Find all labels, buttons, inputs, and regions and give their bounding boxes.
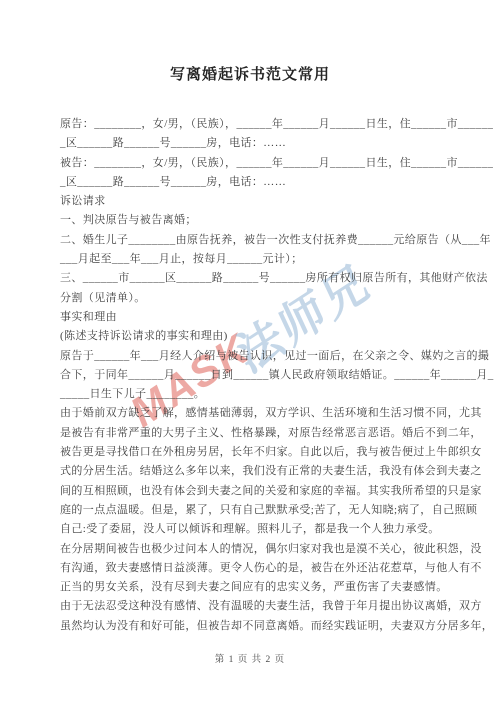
document-line: _区______路______号______房，电话：…… — [60, 134, 448, 153]
document-line: 庭的一点点温暖。但是，累了，只有自己默默承受;苦了，无人知晓;病了，自己照顾 — [60, 501, 448, 520]
page-footer: 第 1 页 共 2 页 — [0, 653, 500, 667]
document-line: (陈述支持诉讼请求的事实和理由) — [60, 327, 448, 346]
document-line: 被告：________，女/男，（民族），______年______月_____… — [60, 154, 448, 173]
document-line: _____日生下儿子________。 — [60, 385, 448, 404]
document-line: 事实和理由 — [60, 308, 448, 327]
document-line: 正当的男女关系，没有尽到夫妻之间应有的忠实义务，严重伤害了夫妻感情。 — [60, 578, 448, 597]
document-line: 虽然均认为没有和好可能，但被告却不同意离婚。而经实践证明，夫妻双方分居多年， — [60, 617, 448, 636]
document-line: 式的分居生活。结婚这么多年以来，我们没有正常的夫妻生活，我没有体会到夫妻之 — [60, 462, 448, 481]
document-line: 一、判决原告与被告离婚； — [60, 211, 448, 230]
document-body: 原告：________，女/男，（民族），______年______月_____… — [60, 115, 448, 636]
document-line: 由于婚前双方缺乏了解，感情基础薄弱，双方学识、生活环境和生活习惯不同，尤其 — [60, 404, 448, 423]
document-line: _区______路______号______房，电话：…… — [60, 173, 448, 192]
document-line: 原告于______年___月经人介绍与被告认识，见过一面后，在父亲之令、媒妁之言… — [60, 347, 448, 366]
document-line: 在分居期间被告也极少过问本人的情况，偶尔归家对我也是漠不关心，彼此积怨，没 — [60, 540, 448, 559]
document-line: 原告：________，女/男，（民族），______年______月_____… — [60, 115, 448, 134]
document-line: 自己:受了委屈，没人可以倾诉和理解。照料儿子，都是我一个人独力承受。 — [60, 520, 448, 539]
document-line: 二、婚生儿子________由原告抚养，被告一次性支付抚养费______元给原告… — [60, 231, 448, 250]
document-line: 分割（见清单）。 — [60, 289, 448, 308]
document-line: ___月起至___年___月止，按每月______元计）； — [60, 250, 448, 269]
document-page: MASK 法师兄 写离婚起诉书范文常用 原告：________，女/男，（民族）… — [0, 0, 500, 706]
document-line: 间的互相照顾，也没有体会到夫妻之间的关爱和家庭的幸福。其实我所希望的只是家 — [60, 482, 448, 501]
document-line: 被告更是寻找借口在外租房另居，长年不归家。自此以后，我与被告便过上牛郎织女 — [60, 443, 448, 462]
document-line: 是被告有非常严重的大男子主义、性格暴躁，对原告经常恶言恶语。婚后不到二年， — [60, 424, 448, 443]
document-line: 由于无法忍受这种没有感情、没有温暖的夫妻生活，我曾于年月提出协议离婚，双方 — [60, 597, 448, 616]
document-line: 三、______市______区______路______号______房所有权… — [60, 269, 448, 288]
document-line: 有沟通，致夫妻感情日益淡薄。更令人伤心的是，被告在外还沾花惹草，与他人有不 — [60, 559, 448, 578]
document-title: 写离婚起诉书范文常用 — [0, 66, 500, 84]
document-line: 诉讼请求 — [60, 192, 448, 211]
document-line: 合下，于同年______月______日到______镇人民政府领取结婚证。__… — [60, 366, 448, 385]
